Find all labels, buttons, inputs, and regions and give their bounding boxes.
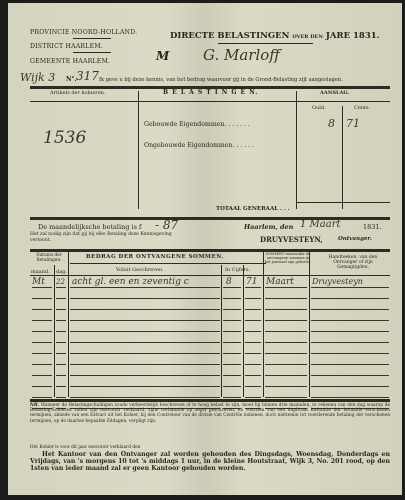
ruled-line bbox=[245, 397, 261, 398]
col-taxes-header: B E L A S T I N G E N. bbox=[163, 89, 258, 96]
column-divider bbox=[243, 265, 244, 397]
province-label: PROVINCIE NOORD-HOLLAND. bbox=[30, 29, 137, 36]
ruled-line bbox=[245, 309, 261, 310]
ruled-line bbox=[70, 331, 220, 332]
ruled-line bbox=[32, 353, 52, 354]
ruled-line bbox=[245, 320, 261, 321]
divider bbox=[70, 263, 266, 264]
ruled-line bbox=[70, 320, 220, 321]
collector-title: Ontvanger. bbox=[338, 236, 372, 242]
ruled-line bbox=[32, 287, 52, 288]
ruled-line bbox=[245, 364, 261, 365]
addressee-prefix: M bbox=[156, 49, 169, 63]
column-divider bbox=[296, 91, 297, 209]
divider bbox=[30, 275, 390, 276]
payment-cents: 71 bbox=[246, 277, 257, 287]
ruled-line bbox=[56, 298, 66, 299]
ruled-line bbox=[56, 364, 66, 365]
tax-notice-document: PROVINCIE NOORD-HOLLAND. DISTRICT HAARLE… bbox=[8, 3, 402, 495]
office-hours-notice: Het Kantoor van den Ontvanger zal worden… bbox=[30, 451, 390, 472]
ruled-line bbox=[70, 364, 220, 365]
notice-text: Ik geve u bij deze kennis, van het bedra… bbox=[99, 77, 343, 83]
ruled-line bbox=[245, 342, 261, 343]
ruled-line bbox=[245, 298, 261, 299]
ruled-line bbox=[311, 298, 389, 299]
total-label: TOTAAL GENERAAL . . . bbox=[216, 206, 290, 212]
ruled-line bbox=[311, 364, 389, 365]
place-date-label: Haarlem, den bbox=[244, 223, 293, 231]
ruled-line bbox=[70, 375, 220, 376]
ruled-line bbox=[223, 375, 241, 376]
ruled-line bbox=[311, 287, 389, 288]
built-cents: 71 bbox=[346, 117, 360, 130]
document-title: DIRECTE BELASTINGEN OVER DEN JARE 1831. bbox=[170, 31, 380, 41]
payment-written: acht gl. een en zeventig c bbox=[72, 277, 189, 287]
ruled-line bbox=[70, 397, 220, 398]
ruled-line bbox=[265, 397, 307, 398]
ruled-line bbox=[32, 309, 52, 310]
col-assessment-header: AANSLAG. bbox=[320, 90, 349, 96]
ruled-line bbox=[56, 342, 66, 343]
divider bbox=[30, 101, 390, 102]
monthly-label: De maandelijksche betaling is f bbox=[38, 223, 141, 231]
ruled-line bbox=[70, 287, 220, 288]
ruled-line bbox=[245, 331, 261, 332]
col-articles-header: Artikels der kohieren. bbox=[50, 90, 105, 96]
issue-date: 1 Maart bbox=[300, 219, 341, 230]
addressee-name: G. Marloff bbox=[203, 46, 280, 64]
collector-signature: Druyvesteyn bbox=[312, 277, 363, 286]
ruled-line bbox=[56, 287, 66, 288]
payment-note: Het zal nodig zijn dat gij bij elke Beta… bbox=[30, 232, 175, 243]
ruled-line bbox=[311, 320, 389, 321]
ruled-line bbox=[32, 331, 52, 332]
ruled-line bbox=[311, 342, 389, 343]
ruled-line bbox=[70, 298, 220, 299]
column-divider bbox=[221, 265, 222, 397]
payment-day: 22 bbox=[56, 278, 65, 286]
ruled-line bbox=[70, 309, 220, 310]
column-divider bbox=[342, 106, 343, 209]
column-divider bbox=[68, 251, 69, 397]
ruled-line bbox=[32, 298, 52, 299]
col-amount-header: BEDRAG DER ONTVANGENE SOMMEN. bbox=[86, 254, 224, 260]
ruled-line bbox=[265, 298, 307, 299]
ruled-line bbox=[32, 320, 52, 321]
ruled-line bbox=[32, 364, 52, 365]
monthly-amount: - 87 bbox=[155, 218, 178, 232]
collector-name: DRUYVESTEYN, bbox=[260, 235, 323, 244]
col-sums-header: SOMMEN waaronder de ontvangene sommen in… bbox=[264, 252, 312, 264]
ruled-line bbox=[223, 287, 241, 288]
ruled-line bbox=[265, 342, 307, 343]
wijk-number: Wijk 3 bbox=[20, 71, 55, 84]
cents-header: Cents. bbox=[354, 105, 370, 111]
ruled-line bbox=[56, 375, 66, 376]
issue-year: 1831. bbox=[363, 223, 382, 231]
ruled-line bbox=[245, 353, 261, 354]
nb-notice: NB. Wanneer de Belastingschuldigen zoude… bbox=[30, 403, 390, 424]
row-unbuilt-property: Ongebouwde Eigendommen. . . . . . bbox=[144, 142, 254, 149]
district-label: DISTRICT HAARLEM. bbox=[30, 43, 103, 50]
column-divider bbox=[138, 91, 139, 209]
ruled-line bbox=[32, 397, 52, 398]
ruled-line bbox=[56, 309, 66, 310]
ruled-line bbox=[223, 342, 241, 343]
ruled-line bbox=[32, 342, 52, 343]
sub-written-header: Voluit Geschreven. bbox=[116, 267, 164, 273]
payment-guilders: 8 bbox=[226, 277, 232, 287]
column-divider bbox=[263, 251, 264, 397]
ruled-line bbox=[223, 320, 241, 321]
ruled-line bbox=[245, 386, 261, 387]
column-divider bbox=[54, 265, 55, 397]
ruled-line bbox=[265, 353, 307, 354]
col-dates-header: Datums der Betalingen. bbox=[30, 253, 68, 263]
total-line bbox=[296, 202, 390, 203]
ruled-line bbox=[56, 320, 66, 321]
ruled-line bbox=[245, 375, 261, 376]
ruled-line bbox=[265, 320, 307, 321]
ruled-line bbox=[70, 353, 220, 354]
ruled-line bbox=[311, 397, 389, 398]
column-divider bbox=[309, 251, 310, 397]
ruled-line bbox=[311, 375, 389, 376]
ruled-line bbox=[56, 397, 66, 398]
ruled-line bbox=[265, 309, 307, 310]
ruled-line bbox=[265, 386, 307, 387]
ruled-line bbox=[265, 375, 307, 376]
ruled-line bbox=[223, 309, 241, 310]
payments-table-bottom bbox=[30, 399, 390, 402]
municipality-label: GEMEENTE HAARLEM. bbox=[30, 58, 110, 65]
payments-table-top bbox=[30, 249, 390, 252]
ruled-line bbox=[311, 331, 389, 332]
ruled-line bbox=[56, 353, 66, 354]
divider bbox=[73, 52, 111, 53]
ruled-line bbox=[245, 287, 261, 288]
ruled-line bbox=[70, 386, 220, 387]
row-built-property: Gebouwde Eigendommen. . . . . . . bbox=[144, 121, 250, 128]
ruled-line bbox=[32, 386, 52, 387]
payment-journal: Maart bbox=[266, 277, 294, 287]
divider bbox=[218, 43, 313, 44]
sub-figures-header: In Cijfers. bbox=[225, 267, 250, 273]
ruled-line bbox=[311, 353, 389, 354]
ruled-line bbox=[265, 331, 307, 332]
col-signature-header: Handteeken. van den Ontvanger of zijn Ge… bbox=[318, 255, 388, 270]
built-guilders: 8 bbox=[328, 117, 335, 130]
ruled-line bbox=[223, 386, 241, 387]
notice-number: 317 bbox=[76, 69, 99, 83]
ruled-line bbox=[56, 386, 66, 387]
divider bbox=[73, 38, 111, 39]
payment-month: Mt bbox=[32, 277, 45, 287]
ruled-line bbox=[265, 364, 307, 365]
ruled-line bbox=[223, 298, 241, 299]
ruled-line bbox=[223, 331, 241, 332]
ruled-line bbox=[265, 287, 307, 288]
ruled-line bbox=[311, 386, 389, 387]
ruled-line bbox=[223, 397, 241, 398]
ruled-line bbox=[56, 331, 66, 332]
ruled-line bbox=[70, 342, 220, 343]
ruled-line bbox=[32, 375, 52, 376]
number-label: N°. bbox=[66, 76, 77, 83]
ruled-line bbox=[311, 309, 389, 310]
ruled-line bbox=[223, 353, 241, 354]
ruled-line bbox=[223, 364, 241, 365]
article-number: 1536 bbox=[43, 128, 86, 148]
guilders-header: Guld. bbox=[312, 105, 326, 111]
